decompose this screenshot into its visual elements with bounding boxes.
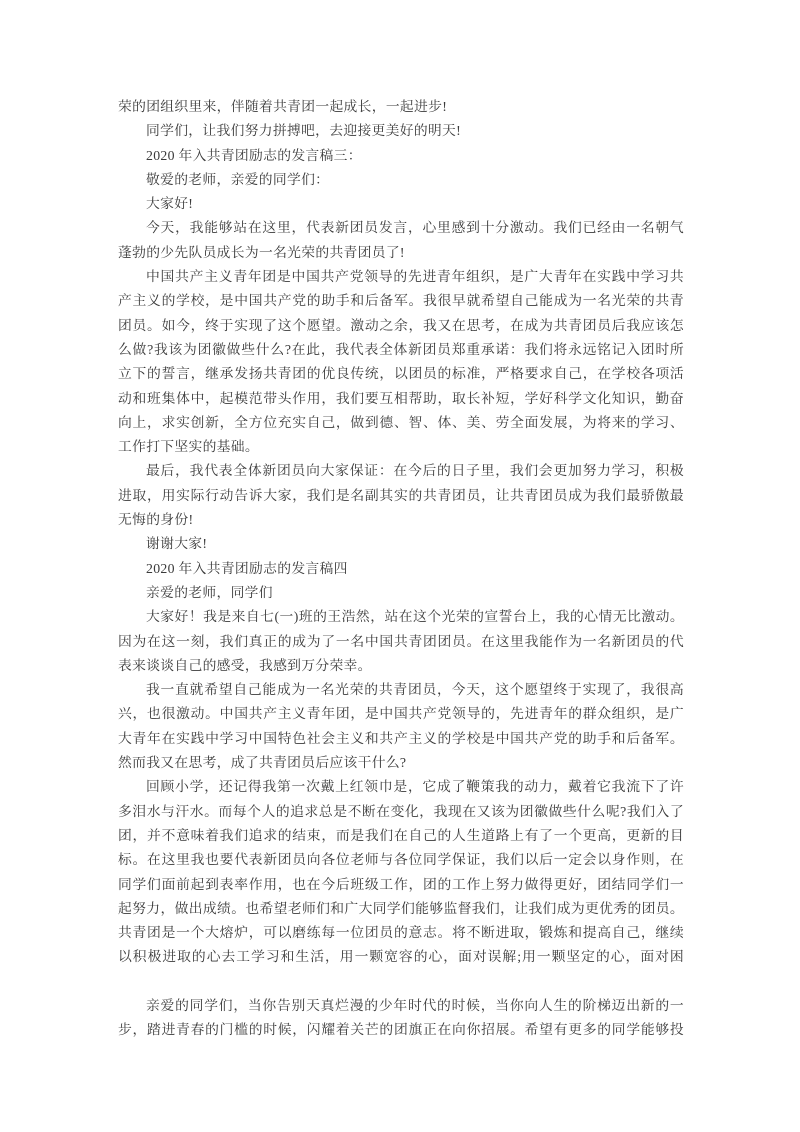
text-line: 团员。如今，终于实现了这个愿望。激动之余，我又在思考，在成为共青团员后我应该怎 xyxy=(118,314,684,338)
text-line: 起努力，做出成绩。也希望老师们和广大同学们能够监督我们，让我们成为更优秀的团员。 xyxy=(118,897,684,921)
text-line: 因为在这一刻，我们真正的成为了一名中国共青团团员。在这里我能作为一名新团员的代 xyxy=(118,630,684,654)
text-line: 么做?我该为团徽做些什么?在此，我代表全体新团员郑重承诺：我们将永远铭记入团时所 xyxy=(118,338,684,362)
text-line: 工作打下坚实的基础。 xyxy=(118,435,684,459)
document-page: 荣的团组织里来，伴随着共青团一起成长，一起进步!同学们，让我们努力拼搏吧，去迎接… xyxy=(0,0,800,1132)
text-line: 同学们，让我们努力拼搏吧，去迎接更美好的明天! xyxy=(118,119,684,143)
text-line: 进取，用实际行动告诉大家，我们是名副其实的共青团员，让共青团员成为我们最骄傲最 xyxy=(118,484,684,508)
text-line: 亲爱的老师，同学们 xyxy=(118,581,684,605)
text-line: 兴，也很激动。中国共产主义青年团，是中国共产党领导的，先进青年的群众组织，是广 xyxy=(118,702,684,726)
text-line: 敬爱的老师，亲爱的同学们： xyxy=(118,168,684,192)
text-line: 共青团是一个大熔炉，可以磨练每一位团员的意志。将不断进取，锻炼和提高自己，继续 xyxy=(118,921,684,945)
text-line: 多泪水与汗水。而每个人的追求总是不断在变化，我现在又该为团徽做些什么呢?我们入了 xyxy=(118,800,684,824)
text-line: 立下的誓言，继承发扬共青团的优良传统，以团员的标准，严格要求自己，在学校各项活 xyxy=(118,362,684,386)
text-line: 大家好！我是来自七(一)班的王浩然，站在这个光荣的宣誓台上，我的心情无比激动。 xyxy=(118,605,684,629)
text-line: 谢谢大家! xyxy=(118,532,684,556)
text-line: 回顾小学，还记得我第一次戴上红领巾是，它成了鞭策我的动力，戴着它我流下了许 xyxy=(118,775,684,799)
text-line: 表来谈谈自己的感受，我感到万分荣幸。 xyxy=(118,654,684,678)
text-line: 2020 年入共青团励志的发言稿三： xyxy=(118,144,684,168)
text-line: 荣的团组织里来，伴随着共青团一起成长，一起进步! xyxy=(118,95,684,119)
text-line: 同学们面前起到表率作用，也在今后班级工作，团的工作上努力做得更好，团结同学们一 xyxy=(118,873,684,897)
text-line: 今天，我能够站在这里，代表新团员发言，心里感到十分激动。我们已经由一名朝气 xyxy=(118,216,684,240)
text-line: 我一直就希望自己能成为一名光荣的共青团员，今天，这个愿望终于实现了，我很高 xyxy=(118,678,684,702)
text-line: 无悔的身份! xyxy=(118,508,684,532)
text-line: 大青年在实践中学习中国特色社会主义和共产主义的学校是中国共产党的助手和后备军。 xyxy=(118,727,684,751)
text-line: 标。在这里我也要代表新团员向各位老师与各位同学保证，我们以后一定会以身作则，在 xyxy=(118,848,684,872)
text-line: 然而我又在思考，成了共青团员后应该干什么? xyxy=(118,751,684,775)
document-text-block: 荣的团组织里来，伴随着共青团一起成长，一起进步!同学们，让我们努力拼搏吧，去迎接… xyxy=(118,95,684,1043)
text-line: 中国共产主义青年团是中国共产党领导的先进青年组织，是广大青年在实践中学习共 xyxy=(118,265,684,289)
text-line: 向上，求实创新，全方位充实自己，做到德、智、体、美、劳全面发展，为将来的学习、 xyxy=(118,411,684,435)
text-line: 大家好! xyxy=(118,192,684,216)
text-line: 产主义的学校，是中国共产党的助手和后备军。我很早就希望自己能成为一名光荣的共青 xyxy=(118,289,684,313)
text-line: 步，踏进青春的门槛的时候，闪耀着关芒的团旗正在向你招展。希望有更多的同学能够投 xyxy=(118,1018,684,1042)
text-line: 团，并不意味着我们追求的结束，而是我们在自己的人生道路上有了一个更高，更新的目 xyxy=(118,824,684,848)
blank-line xyxy=(118,970,684,994)
text-line: 蓬勃的少先队员成长为一名光荣的共青团员了! xyxy=(118,241,684,265)
text-line: 2020 年入共青团励志的发言稿四 xyxy=(118,557,684,581)
text-line: 亲爱的同学们，当你告别天真烂漫的少年时代的时候，当你向人生的阶梯迈出新的一 xyxy=(118,994,684,1018)
text-line: 以积极进取的心去工学习和生活，用一颗宽容的心，面对误解;用一颗坚定的心，面对困难… xyxy=(118,945,684,969)
text-line: 最后，我代表全体新团员向大家保证：在今后的日子里，我们会更加努力学习，积极 xyxy=(118,459,684,483)
text-line: 动和班集体中，起模范带头作用，我们要互相帮助，取长补短，学好科学文化知识，勤奋 xyxy=(118,387,684,411)
